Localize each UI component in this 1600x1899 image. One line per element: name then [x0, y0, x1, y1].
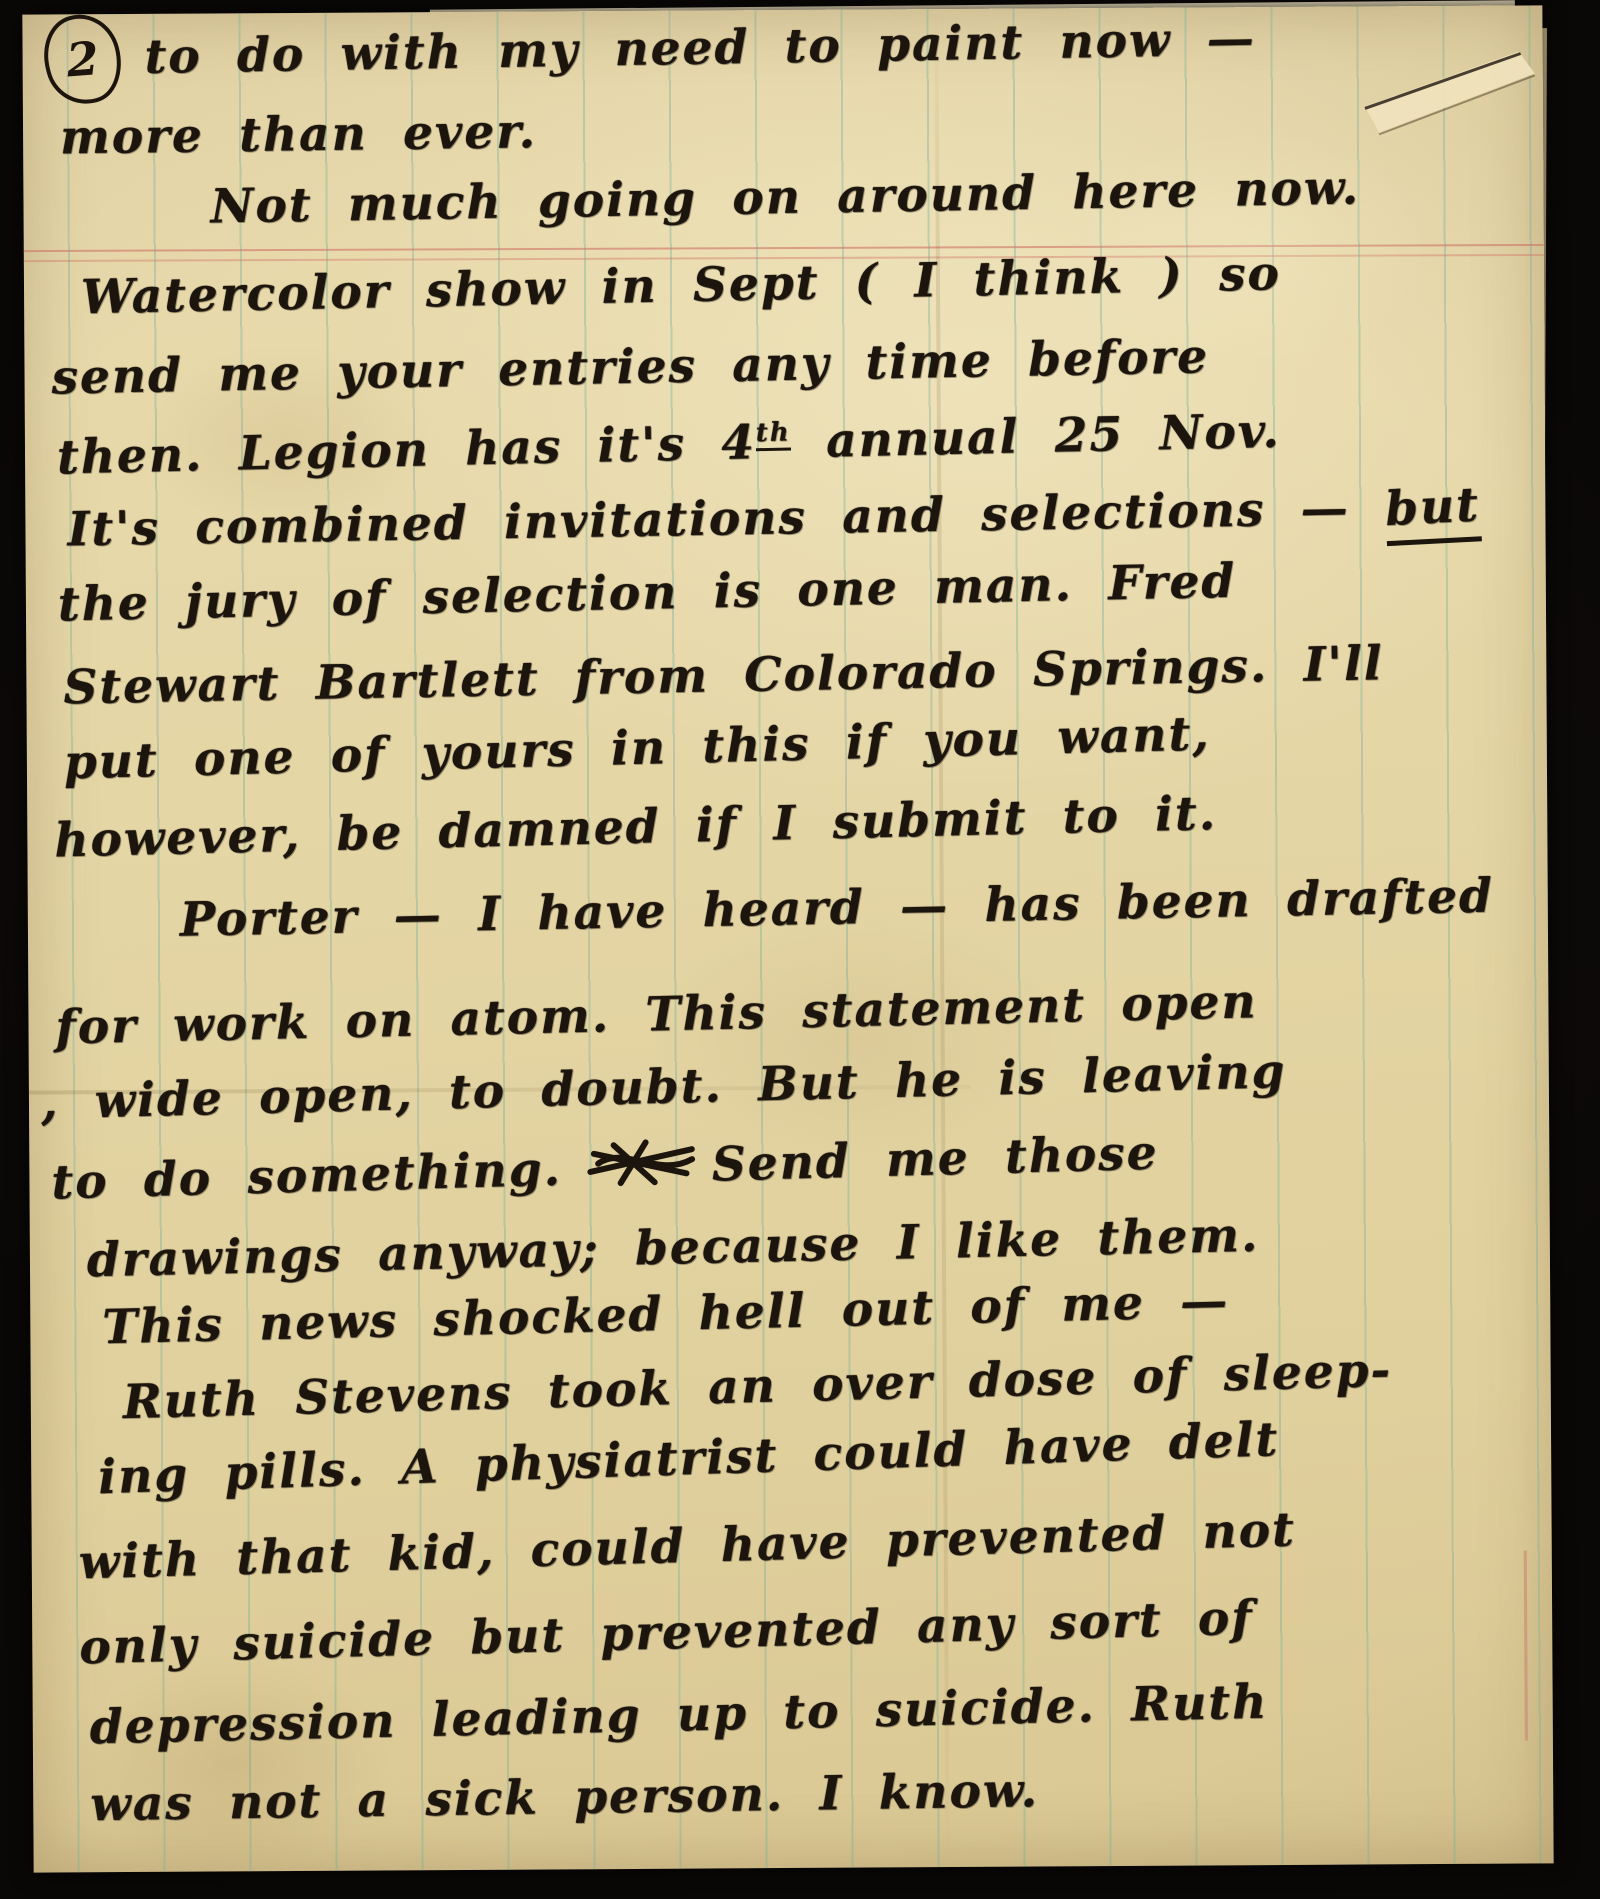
scan-background: 2 to do with my need to paint now — more… [0, 0, 1600, 1899]
handwriting-line: send me your entries any time before [51, 328, 1210, 408]
handwriting-text: annual 25 Nov. [790, 404, 1281, 470]
handwriting-text: Watercolor show in Sept ( I think ) so [81, 246, 1282, 325]
handwriting-line: , wide open, to doubt. But he is leaving [40, 1043, 1287, 1133]
folded-corner [1363, 45, 1544, 146]
handwriting-text: more than ever. [60, 104, 538, 165]
handwriting-text: Stewart Bartlett from Colorado Springs. … [63, 636, 1384, 715]
handwriting-line: was not a sick person. I know. [90, 1762, 1040, 1835]
handwriting-text: then. Legion has it's 4 [56, 415, 756, 485]
page-number: 2 [65, 35, 100, 83]
handwriting-text: however, be damned if I submit to it. [54, 786, 1218, 868]
handwriting-text: with that kid, could have prevented not [78, 1502, 1296, 1590]
handwriting-text: It's combined invitations and selections… [67, 481, 1385, 558]
handwriting-line: with that kid, could have prevented not [78, 1501, 1297, 1593]
handwriting-text: , wide open, to doubt. But he is leaving [40, 1044, 1287, 1131]
handwriting-text: the jury of selection is one man. Fred [57, 554, 1236, 633]
handwriting-text: for work on atom. This statement open [55, 974, 1258, 1055]
handwriting-line: then. Legion has it's 4th annual 25 Nov. [56, 403, 1281, 488]
handwriting-text: to do with my need to paint now — [144, 11, 1256, 84]
handwriting-line: Not much going on around here now. [210, 159, 1360, 237]
handwriting-text: depression leading up to suicide. Ruth [89, 1675, 1269, 1756]
scribble-strikeout [583, 1135, 702, 1190]
red-margin-rule-fragment [1524, 1550, 1528, 1740]
handwriting-text: only suicide but prevented any sort of [79, 1591, 1255, 1676]
handwriting-line: only suicide but prevented any sort of [79, 1590, 1255, 1678]
handwriting-line: depression leading up to suicide. Ruth [89, 1674, 1269, 1758]
handwriting-line: to do with my need to paint now — [144, 10, 1256, 87]
handwriting-line: the jury of selection is one man. Fred [57, 553, 1236, 635]
paper-stain [72, 1652, 393, 1874]
handwriting-text: Send me those [711, 1126, 1159, 1193]
handwriting-text: put one of yours in this if you want, [63, 706, 1211, 790]
handwriting-line: for work on atom. This statement open [55, 973, 1258, 1058]
handwriting-line: to do something.Send me those [51, 1123, 1160, 1214]
letter-page: 2 to do with my need to paint now — more… [22, 5, 1553, 1872]
handwriting-line: Watercolor show in Sept ( I think ) so [80, 245, 1281, 328]
handwriting-text: to do something. [51, 1142, 563, 1211]
page-number-badge: 2 [35, 6, 131, 112]
handwriting-text: Porter — I have heard — has been drafted [179, 869, 1494, 948]
superscript-ordinal: th [756, 418, 791, 452]
handwriting-line: more than ever. [60, 103, 538, 168]
underlined-word: but [1383, 476, 1481, 546]
handwriting-line: Porter — I have heard — has been drafted [179, 868, 1494, 951]
handwriting-text: send me your entries any time before [51, 329, 1210, 405]
handwriting-line: however, be damned if I submit to it. [54, 785, 1218, 871]
handwriting-line: put one of yours in this if you want, [63, 705, 1211, 793]
folded-corner-icon [1363, 45, 1544, 146]
handwriting-text: was not a sick person. I know. [90, 1763, 1039, 1832]
handwriting-line: It's combined invitations and selections… [67, 478, 1480, 566]
handwriting-text: Not much going on around here now. [210, 160, 1360, 234]
